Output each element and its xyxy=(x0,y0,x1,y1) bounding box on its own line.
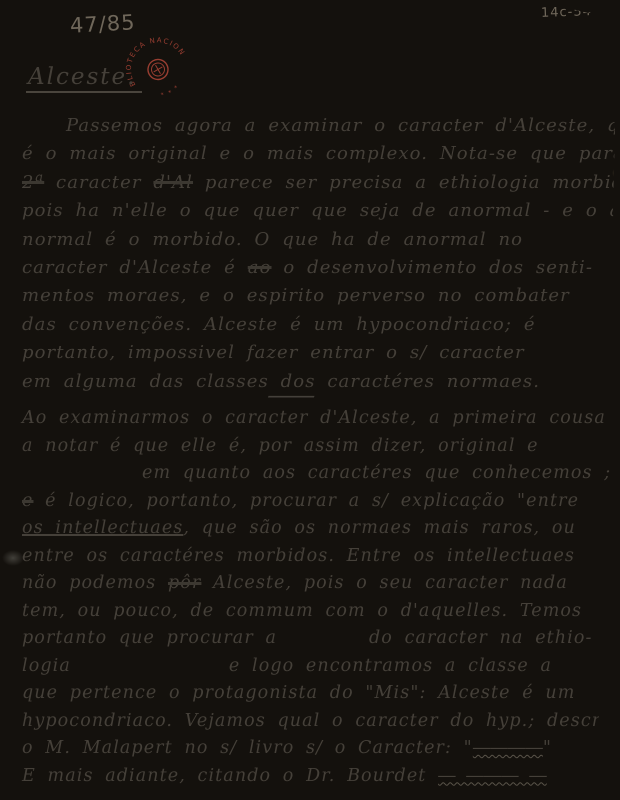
text-run: é logico, portanto, procurar a s/ explic… xyxy=(33,491,579,511)
manuscript-line: das convenções. Alceste é um hypocondria… xyxy=(22,311,614,339)
manuscript-line: não podemos pôr Alceste, pois o seu cara… xyxy=(22,570,614,598)
text-run: o desenvolvimento dos senti- xyxy=(272,257,594,278)
folio-number: 47/85 xyxy=(69,10,136,37)
text-run: " xyxy=(543,738,552,758)
manuscript-page: 47/85 14c-54 BIBLIOTECA NACIONAL * * * A… xyxy=(0,0,620,800)
text-run: é o mais original e o mais complexo. Not… xyxy=(22,143,620,164)
text-run: tem, ou pouco, de commum com o d'aquelle… xyxy=(22,601,582,621)
manuscript-line: mentos moraes, e o espirito perverso no … xyxy=(22,282,614,310)
text-run: Ao examinarmos o caracter d'Alceste, a p… xyxy=(22,408,606,428)
blank-gap xyxy=(277,642,369,643)
manuscript-line: portanto que procurar ado caracter na et… xyxy=(22,625,614,653)
svg-text:* * *: * * * xyxy=(158,82,183,102)
text-run: do caracter na ethio- xyxy=(369,628,593,648)
text-run: , que são os normaes mais raros, ou xyxy=(183,518,576,538)
manuscript-line: 2ª caracter d'Al parece ser precisa a et… xyxy=(22,169,614,197)
manuscript-line: a notar é que elle é, por assim dizer, o… xyxy=(22,433,614,461)
text-run: normal é o morbido. O que ha de anormal … xyxy=(22,229,523,250)
manuscript-line: tem, ou pouco, de commum com o d'aquelle… xyxy=(22,598,614,626)
struck-out-text: 2ª xyxy=(22,172,44,193)
paragraph-1: Passemos agora a examinar o caracter d'A… xyxy=(22,112,614,396)
shelfmark-annotation: 14c-54 xyxy=(541,4,592,21)
page-title: Alceste. xyxy=(26,64,142,93)
manuscript-line: e é logico, portanto, procurar a s/ expl… xyxy=(22,488,614,516)
text-run: e logo encontramos a classe a xyxy=(229,656,552,676)
manuscript-line: hypocondriaco. Vejamos qual o caracter d… xyxy=(22,708,614,736)
manuscript-line: Passemos agora a examinar o caracter d'A… xyxy=(22,112,614,140)
paper-stain xyxy=(2,550,24,566)
blank-gap xyxy=(71,670,229,671)
manuscript-line: Ao examinarmos o caracter d'Alceste, a p… xyxy=(22,405,614,433)
text-run: portanto, impossivel fazer entrar o s/ c… xyxy=(22,342,525,363)
manuscript-line: é o mais original e o mais complexo. Not… xyxy=(22,140,614,168)
manuscript-line: os intellectuaes, que são os normaes mai… xyxy=(22,515,614,543)
underlined-text: os intellectuaes xyxy=(22,518,183,538)
struck-out-text: ao xyxy=(248,257,272,278)
manuscript-line: em alguma das classes dos caractéres nor… xyxy=(22,368,614,396)
text-run: hypocondriaco. Vejamos qual o caracter d… xyxy=(22,711,620,731)
manuscript-line: que pertence o protagonista do "Mis": Al… xyxy=(22,680,614,708)
text-run: pois ha n'elle o que quer que seja de an… xyxy=(22,200,620,221)
text-run: E mais adiante, citando o Dr. Bourdet xyxy=(22,766,438,786)
manuscript-line: caracter d'Alceste é ao o desenvolviment… xyxy=(22,254,614,282)
text-run: das convenções. Alceste é um hypocondria… xyxy=(22,314,536,335)
text-run: Alceste, pois o seu caracter nada xyxy=(201,573,568,593)
manuscript-line: E mais adiante, citando o Dr. Bourdet ― … xyxy=(22,763,614,791)
text-run: a notar é que elle é, por assim dizer, o… xyxy=(22,436,539,456)
text-run: que pertence o protagonista do "Mis": Al… xyxy=(22,683,575,703)
text-run: Passemos agora a examinar o caracter d'A… xyxy=(66,115,620,136)
manuscript-line: logiae logo encontramos a classe a xyxy=(22,653,614,681)
squiggle-placeholder: ―――― xyxy=(473,738,543,758)
text-run: não podemos xyxy=(22,573,168,593)
text-run: entre os caractéres morbidos. Entre os i… xyxy=(22,546,575,566)
text-run: em quanto aos caractéres que conhecemos … xyxy=(142,463,611,483)
text-run: mentos moraes, e o espirito perverso no … xyxy=(22,285,570,306)
paragraph-2: Ao examinarmos o caracter d'Alceste, a p… xyxy=(22,405,614,790)
struck-out-text: d'Al xyxy=(153,172,193,193)
manuscript-line: entre os caractéres morbidos. Entre os i… xyxy=(22,543,614,571)
manuscript-line: normal é o morbido. O que ha de anormal … xyxy=(22,226,614,254)
text-run: caracter d'Alceste é xyxy=(22,257,248,278)
text-run: o M. Malapert no s/ livro s/ o Caracter:… xyxy=(22,738,473,758)
squiggle-placeholder: ― ――― ― xyxy=(438,766,547,786)
text-run: portanto que procurar a xyxy=(22,628,277,648)
struck-out-text: e xyxy=(22,491,33,511)
manuscript-line: portanto, impossivel fazer entrar o s/ c… xyxy=(22,339,614,367)
struck-out-text: pôr xyxy=(168,573,201,593)
text-run: caracter xyxy=(44,172,153,193)
manuscript-line: em quanto aos caractéres que conhecemos … xyxy=(22,460,614,488)
text-run: parece ser precisa a ethiologia morbida, xyxy=(193,172,620,193)
manuscript-line: o M. Malapert no s/ livro s/ o Caracter:… xyxy=(22,735,614,763)
text-run: logia xyxy=(22,656,71,676)
manuscript-line: pois ha n'elle o que quer que seja de an… xyxy=(22,197,614,225)
